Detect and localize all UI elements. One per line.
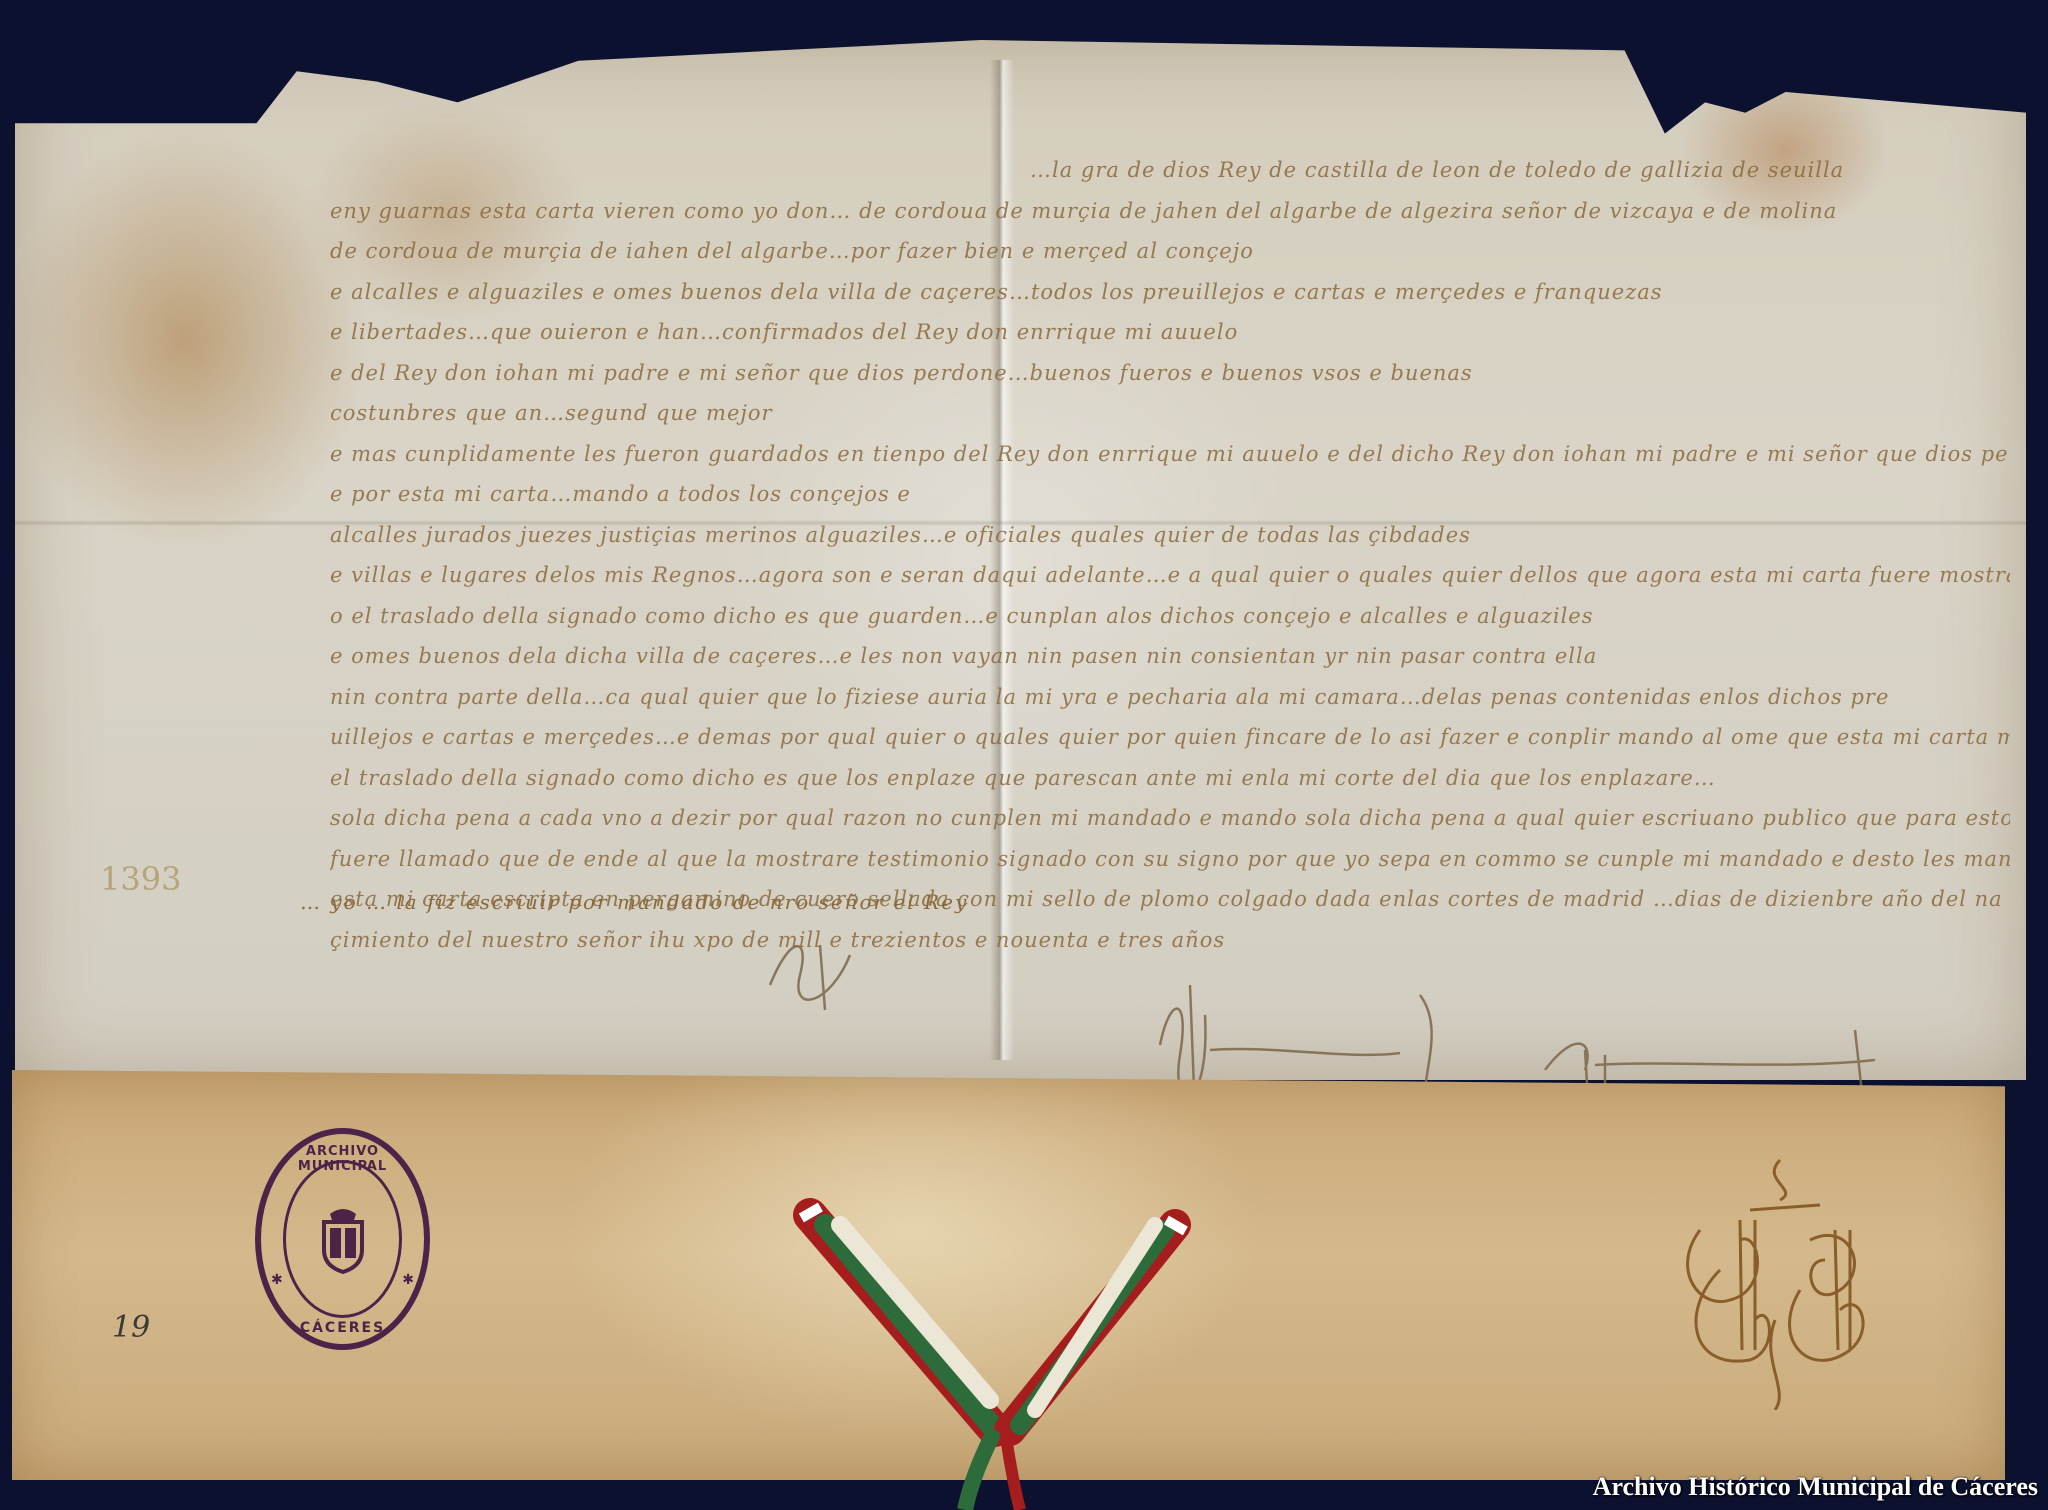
coat-of-arms-icon (316, 1204, 370, 1274)
charter-text: …la gra de dios Rey de castilla de leon … (330, 150, 2010, 960)
text-line: e omes buenos dela dicha villa de caçere… (330, 636, 2010, 677)
text-line: costunbres que an…segund que mejor (330, 393, 2010, 434)
star-icon: ✱ (271, 1272, 283, 1288)
text-line: fuere llamado que de ende al que la most… (330, 839, 2010, 880)
archive-caption: Archivo Histórico Municipal de Cáceres (1593, 1472, 2038, 1502)
text-line: çimiento del nuestro señor ihu xpo de mi… (330, 920, 2010, 961)
text-line: uillejos e cartas e merçedes…e demas por… (330, 717, 2010, 758)
archive-document-photo: …la gra de dios Rey de castilla de leon … (0, 0, 2048, 1510)
star-icon: ✱ (402, 1272, 414, 1288)
text-line: …la gra de dios Rey de castilla de leon … (330, 150, 2010, 191)
archive-stamp: ARCHIVO MUNICIPAL ✱ ✱ CÁCERES (255, 1128, 430, 1350)
text-line: e por esta mi carta…mando a todos los co… (330, 474, 2010, 515)
background-edge (2026, 0, 2048, 1510)
stamp-bottom-text: CÁCERES (261, 1320, 424, 1336)
signature-left (760, 925, 880, 1023)
margin-date-note: 1393 (100, 860, 181, 898)
text-line: el traslado della signado como dicho es … (330, 758, 2010, 799)
text-line: eny guarnas esta carta vieren como yo do… (330, 191, 2010, 232)
folio-number: 19 (112, 1310, 150, 1345)
text-line: nin contra parte della…ca qual quier que… (330, 677, 2010, 718)
closing-line: … yo … la fiz escriuir por mandado de nr… (300, 890, 2000, 914)
text-line: sola dicha pena a cada vno a dezir por q… (330, 798, 2010, 839)
text-line: de cordoua de murçia de iahen del algarb… (330, 231, 2010, 272)
text-line: e libertades…que ouieron e han…confirmad… (330, 312, 2010, 353)
text-line: e alcalles e alguaziles e omes buenos de… (330, 272, 2010, 313)
text-line: alcalles jurados juezes justiçias merino… (330, 515, 2010, 556)
text-line: e del Rey don iohan mi padre e mi señor … (330, 353, 2010, 394)
text-line: e mas cunplidamente les fueron guardados… (330, 434, 2010, 475)
text-line: o el traslado della signado como dicho e… (330, 596, 2010, 637)
seal-cords (780, 1180, 1200, 1510)
text-line: e villas e lugares delos mis Regnos…agor… (330, 555, 2010, 596)
notarial-signum (1660, 1150, 1890, 1410)
stamp-top-text: ARCHIVO MUNICIPAL (261, 1144, 424, 1174)
